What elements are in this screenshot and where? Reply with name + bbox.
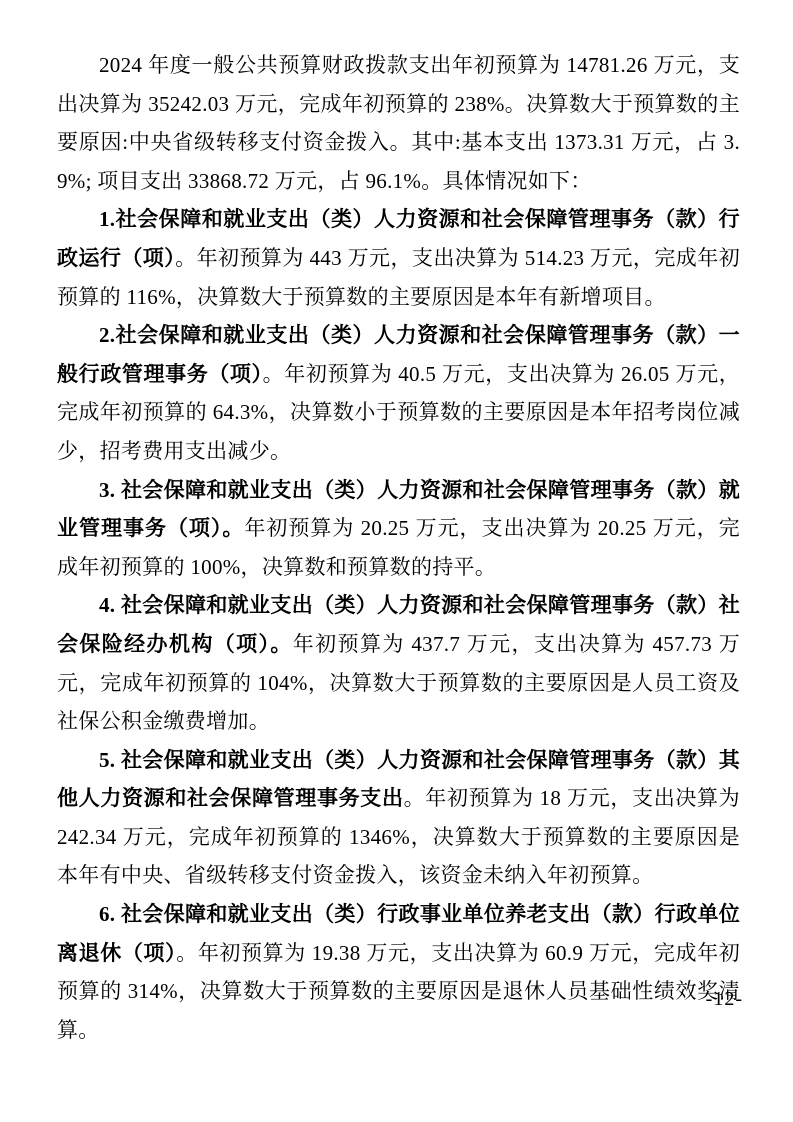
paragraph-intro: 2024 年度一般公共预算财政拨款支出年初预算为 14781.26 万元，支出决… bbox=[57, 46, 740, 200]
budget-item-5: 5. 社会保障和就业支出（类）人力资源和社会保障管理事务（款）其他人力资源和社会… bbox=[57, 741, 740, 895]
budget-item-3: 3. 社会保障和就业支出（类）人力资源和社会保障管理事务（款）就业管理事务（项）… bbox=[57, 471, 740, 587]
page-number: -12- bbox=[706, 988, 743, 1011]
budget-item-4: 4. 社会保障和就业支出（类）人力资源和社会保障管理事务（款）社会保险经办机构（… bbox=[57, 586, 740, 740]
budget-item-1: 1.社会保障和就业支出（类）人力资源和社会保障管理事务（款）行政运行（项）。年初… bbox=[57, 200, 740, 316]
document-page: 2024 年度一般公共预算财政拨款支出年初预算为 14781.26 万元，支出决… bbox=[0, 0, 793, 1122]
budget-item-6: 6. 社会保障和就业支出（类）行政事业单位养老支出（款）行政单位离退休（项）。年… bbox=[57, 895, 740, 1049]
budget-item-2: 2.社会保障和就业支出（类）人力资源和社会保障管理事务（款）一般行政管理事务（项… bbox=[57, 316, 740, 470]
